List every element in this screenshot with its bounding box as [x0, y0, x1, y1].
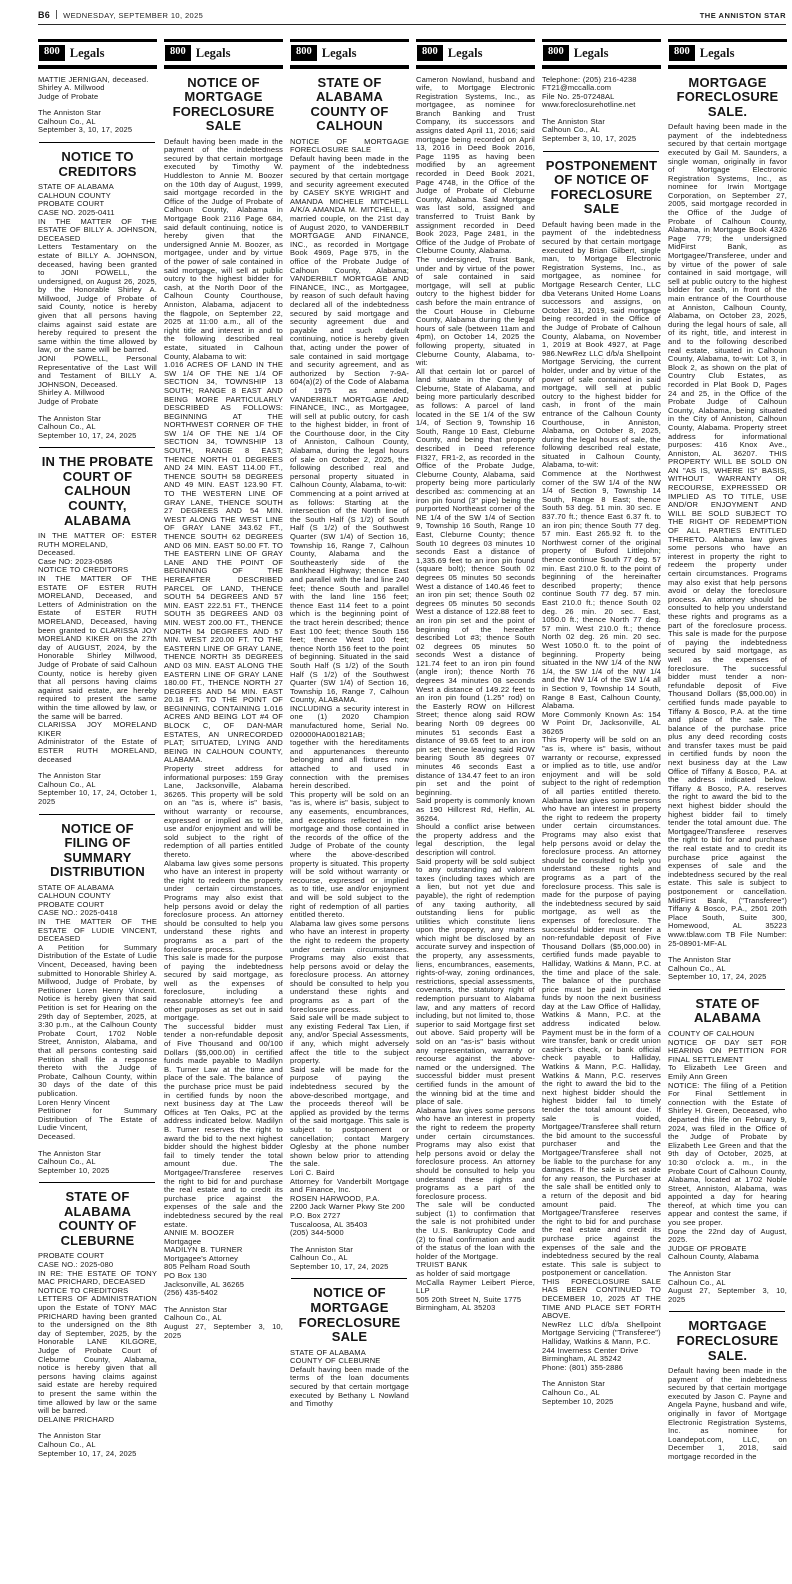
notice-paragraph: Deceased. [38, 1133, 157, 1142]
notice-paragraph: IN THE MATTER OF THE ESTATE OF ESTER RUT… [38, 575, 157, 721]
notice-paragraph: JONI POWELL, Personal Representative of … [38, 355, 157, 389]
notice-paragraph: LETTERS OF ADMINISTRATION upon the Estat… [38, 1295, 157, 1415]
notice-paragraph: August 27, September 3, 10, 2025 [668, 1287, 787, 1304]
notice-paragraph: (205) 344-5000 [290, 1229, 409, 1238]
masthead-divider [56, 10, 57, 19]
notice-paragraph: Alabama law gives some persons who have … [290, 920, 409, 1015]
notice-paragraph: Default having been made in the payment … [668, 1367, 787, 1462]
section-header: 800Legals [668, 39, 787, 69]
legal-notice: MORTGAGE FORECLOSURE SALE.Default having… [668, 76, 787, 982]
notice-paragraph: Judge of Probate [38, 93, 157, 102]
notice-paragraph: Said sale will be made for the purpose o… [290, 1066, 409, 1169]
notice-paragraph: This property will be sold on an "as is,… [290, 791, 409, 920]
notice-paragraph: IN THE MATTER OF: ESTER RUTH MORELAND, [38, 532, 157, 549]
notice-divider [39, 1182, 155, 1183]
notice-paragraph: DELAINE PRICHARD [38, 1416, 157, 1425]
notice-paragraph: Done the 22nd day of August, 2025. [668, 1228, 787, 1245]
notice-paragraph: This sale is made for the purpose of pay… [164, 954, 283, 1023]
column-6: 800LegalsMORTGAGE FORECLOSURE SALE.Defau… [668, 39, 787, 1547]
notice-paragraph: To Elizabeth Lee Green and Emily Ann Gre… [668, 1064, 787, 1081]
notice-headline: MORTGAGE FORECLOSURE SALE. [669, 1319, 786, 1363]
notice-paragraph: IN THE MATTER OF THE ESTATE OF LUDIE VIN… [38, 918, 157, 944]
notice-divider [39, 142, 155, 143]
notice-paragraph: This Property will be sold on an "as is,… [542, 736, 661, 1277]
notice-paragraph: NewRez LLC d/b/a Shellpoint Mortgage Ser… [542, 1321, 661, 1338]
notice-divider [669, 1311, 785, 1312]
masthead-left: B6 WEDNESDAY, SEPTEMBER 10, 2025 [38, 9, 203, 20]
notice-paragraph: A Petition for Summary Distribution of t… [38, 944, 157, 1099]
notice-headline: NOTICE OF MORTGAGE FORECLOSURE SALE [291, 1286, 408, 1344]
legal-notice: IN THE PROBATE COURT OF CALHOUN COUNTY, … [38, 455, 157, 806]
notice-paragraph: Calhoun County, Alabama [668, 1253, 787, 1262]
section-number-box: 800 [291, 45, 317, 61]
legal-notice: NOTICE OF MORTGAGE FORECLOSURE SALESTATE… [290, 1286, 409, 1408]
section-number-box: 800 [165, 45, 191, 61]
notice-paragraph: Phone: (801) 355-2886 [542, 1364, 661, 1373]
notice-paragraph: September 10, 17, 24, 2025 [668, 973, 787, 982]
notice-divider [39, 814, 155, 815]
notice-divider [291, 1278, 407, 1279]
notice-paragraph: Alabama law gives some persons who have … [416, 1107, 535, 1202]
notice-paragraph: Commencing at a point arrived at as foll… [290, 490, 409, 705]
notice-paragraph: Said property is commonly known as 190 H… [416, 797, 535, 823]
section-header: 800Legals [164, 39, 283, 69]
notice-paragraph: Attorney for Vanderbilt Mortgage and Fin… [290, 1178, 409, 1195]
notice-paragraph: Birmingham, AL 35203 [416, 1304, 535, 1313]
notice-paragraph: Letters Testamentary on the estate of BI… [38, 243, 157, 355]
section-number-box: 800 [417, 45, 443, 61]
notice-paragraph: September 10, 17, 24, October 1, 2025 [38, 789, 157, 806]
masthead: B6 WEDNESDAY, SEPTEMBER 10, 2025 THE ANN… [38, 9, 786, 25]
notice-headline: NOTICE OF FILING OF SUMMARY DISTRIBUTION [39, 822, 156, 880]
section-label: Legals [700, 47, 735, 60]
notice-paragraph: The undersigned, Truist Bank, under and … [416, 256, 535, 368]
notice-headline: STATE OF ALABAMA COUNTY OF CLEBURNE [39, 1190, 156, 1248]
legal-notice: STATE OF ALABAMACOUNTY OF CALHOUNNOTICE … [668, 997, 787, 1305]
paper-name: THE ANNISTON STAR [700, 11, 786, 20]
notice-paragraph: August 27, September 3, 10, 2025 [164, 1323, 283, 1340]
notice-paragraph: September 10, 17, 24, 2025 [38, 432, 157, 441]
notice-paragraph: together with the hereditaments and appu… [290, 739, 409, 791]
column-3: 800LegalsSTATE OF ALABAMA COUNTY OF CALH… [290, 39, 409, 1547]
notice-paragraph: THIS FORECLOSURE SALE HAS BEEN CONTINUED… [542, 1278, 661, 1321]
notice-paragraph: Default having been made of the terms of… [290, 1366, 409, 1409]
notice-paragraph: (256) 435-5402 [164, 1289, 283, 1298]
legal-notice: NOTICE OF FILING OF SUMMARY DISTRIBUTION… [38, 822, 157, 1176]
notice-paragraph: McCalla Raymer Leibert Pierce, LLP [416, 1279, 535, 1296]
section-label: Legals [70, 47, 105, 60]
notice-paragraph: The successful bidder must tender a non-… [164, 1023, 283, 1229]
page-number: B6 [38, 10, 50, 20]
legal-notice-columns: 800LegalsMATTIE JERNIGAN, deceased.Shirl… [38, 39, 792, 1547]
legal-notice: NOTICE TO CREDITORSSTATE OF ALABAMACALHO… [38, 150, 157, 440]
notice-paragraph: NOTICE OF MORTGAGE FORECLOSURE SALE [290, 138, 409, 155]
notice-paragraph: IN RE: THE ESTATE OF TONY MAC PRICHARD, … [38, 1270, 157, 1287]
notice-paragraph: Default having been made in the payment … [164, 138, 283, 361]
notice-divider [669, 989, 785, 990]
notice-paragraph: Alabama law gives some persons who have … [164, 860, 283, 955]
section-header: 800Legals [38, 39, 157, 69]
legal-notice: NOTICE OF MORTGAGE FORECLOSURE SALEDefau… [164, 76, 283, 1341]
notice-paragraph: Said property will be sold subject to an… [416, 858, 535, 1107]
notice-paragraph: IN THE MATTER OF THE ESTATE OF BILLY A. … [38, 218, 157, 244]
notice-headline: IN THE PROBATE COURT OF CALHOUN COUNTY, … [39, 455, 156, 528]
notice-paragraph: Administrator of the Estate of ESTER RUT… [38, 738, 157, 764]
column-1: 800LegalsMATTIE JERNIGAN, deceased.Shirl… [38, 39, 157, 1547]
notice-headline: NOTICE TO CREDITORS [39, 150, 156, 179]
notice-paragraph: September 10, 17, 24, 2025 [290, 1263, 409, 1272]
notice-paragraph: Default having been made in the payment … [290, 155, 409, 490]
section-header: 800Legals [542, 39, 661, 69]
notice-paragraph: Petitioner for Summary Distribution of T… [38, 1107, 157, 1133]
notice-divider [543, 151, 659, 152]
notice-paragraph: September 10, 2025 [38, 1167, 157, 1176]
section-header: 800Legals [416, 39, 535, 69]
notice-paragraph: All that certain lot or parcel of land s… [416, 368, 535, 798]
section-number-box: 800 [543, 45, 569, 61]
notice-paragraph: NOTICE OF DAY SET FOR HEARING ON PETITIO… [668, 1039, 787, 1065]
notice-paragraph: September 10, 2025 [542, 1398, 661, 1407]
section-label: Legals [448, 47, 483, 60]
notice-paragraph: September 10, 17, 24, 2025 [38, 1450, 157, 1459]
notice-headline: MORTGAGE FORECLOSURE SALE. [669, 76, 786, 120]
notice-headline: STATE OF ALABAMA [669, 997, 786, 1026]
notice-paragraph: Said sale will be made subject to any ex… [290, 1014, 409, 1066]
legal-notice: Cameron Nowland, husband and wife, to Mo… [416, 76, 535, 1314]
notice-paragraph: Judge of Probate [38, 398, 157, 407]
notice-paragraph: September 3, 10, 17, 2025 [38, 126, 157, 135]
notice-paragraph: More Commonly Known As: 154 W Point Dr, … [542, 711, 661, 737]
notice-paragraph: Cameron Nowland, husband and wife, to Mo… [416, 76, 535, 256]
notice-paragraph: September 3, 10, 17, 2025 [542, 135, 661, 144]
notice-paragraph: The sale will be conducted subject (1) t… [416, 1201, 535, 1261]
legal-notice: POSTPONEMENT OF NOTICE OF FORECLOSURE SA… [542, 159, 661, 1407]
notice-paragraph: NOTICE: The filing of a Petition For Fin… [668, 1082, 787, 1228]
legal-notice: STATE OF ALABAMA COUNTY OF CLEBURNEPROBA… [38, 1190, 157, 1458]
notice-paragraph: www.foreclosurehotline.net [542, 101, 661, 110]
notice-headline: POSTPONEMENT OF NOTICE OF FORECLOSURE SA… [543, 159, 660, 217]
masthead-date: WEDNESDAY, SEPTEMBER 10, 2025 [63, 11, 203, 20]
notice-divider [39, 447, 155, 448]
notice-headline: NOTICE OF MORTGAGE FORECLOSURE SALE [165, 76, 282, 134]
legal-notice: MATTIE JERNIGAN, deceased.Shirley A. Mil… [38, 76, 157, 136]
notice-paragraph: Property street address for informationa… [164, 765, 283, 860]
section-label: Legals [196, 47, 231, 60]
legal-notice: MORTGAGE FORECLOSURE SALE.Default having… [668, 1319, 787, 1461]
notice-headline: STATE OF ALABAMA COUNTY OF CALHOUN [291, 76, 408, 134]
column-2: 800LegalsNOTICE OF MORTGAGE FORECLOSURE … [164, 39, 283, 1547]
notice-paragraph: CLARISSA JOY MORELAND KIKER [38, 721, 157, 738]
section-header: 800Legals [290, 39, 409, 69]
notice-paragraph: INCLUDING a security interest in one (1)… [290, 705, 409, 739]
column-5: 800LegalsTelephone: (205) 216-4238FT21@m… [542, 39, 661, 1547]
column-4: 800LegalsCameron Nowland, husband and wi… [416, 39, 535, 1547]
legal-notice: STATE OF ALABAMA COUNTY OF CALHOUNNOTICE… [290, 76, 409, 1272]
notice-paragraph: Default having been made in the payment … [668, 123, 787, 948]
section-label: Legals [574, 47, 609, 60]
section-label: Legals [322, 47, 357, 60]
notice-paragraph: Default having been made in the payment … [542, 221, 661, 470]
notice-paragraph: Commence at the Northwest corner of the … [542, 470, 661, 711]
notice-paragraph: 1.016 ACRES OF LAND IN THE SW 1/4 OF THE… [164, 361, 283, 765]
section-number-box: 800 [39, 45, 65, 61]
notice-paragraph: Should a conflict arise between the prop… [416, 823, 535, 857]
section-number-box: 800 [669, 45, 695, 61]
legal-notice: Telephone: (205) 216-4238FT21@mccalla.co… [542, 76, 661, 144]
